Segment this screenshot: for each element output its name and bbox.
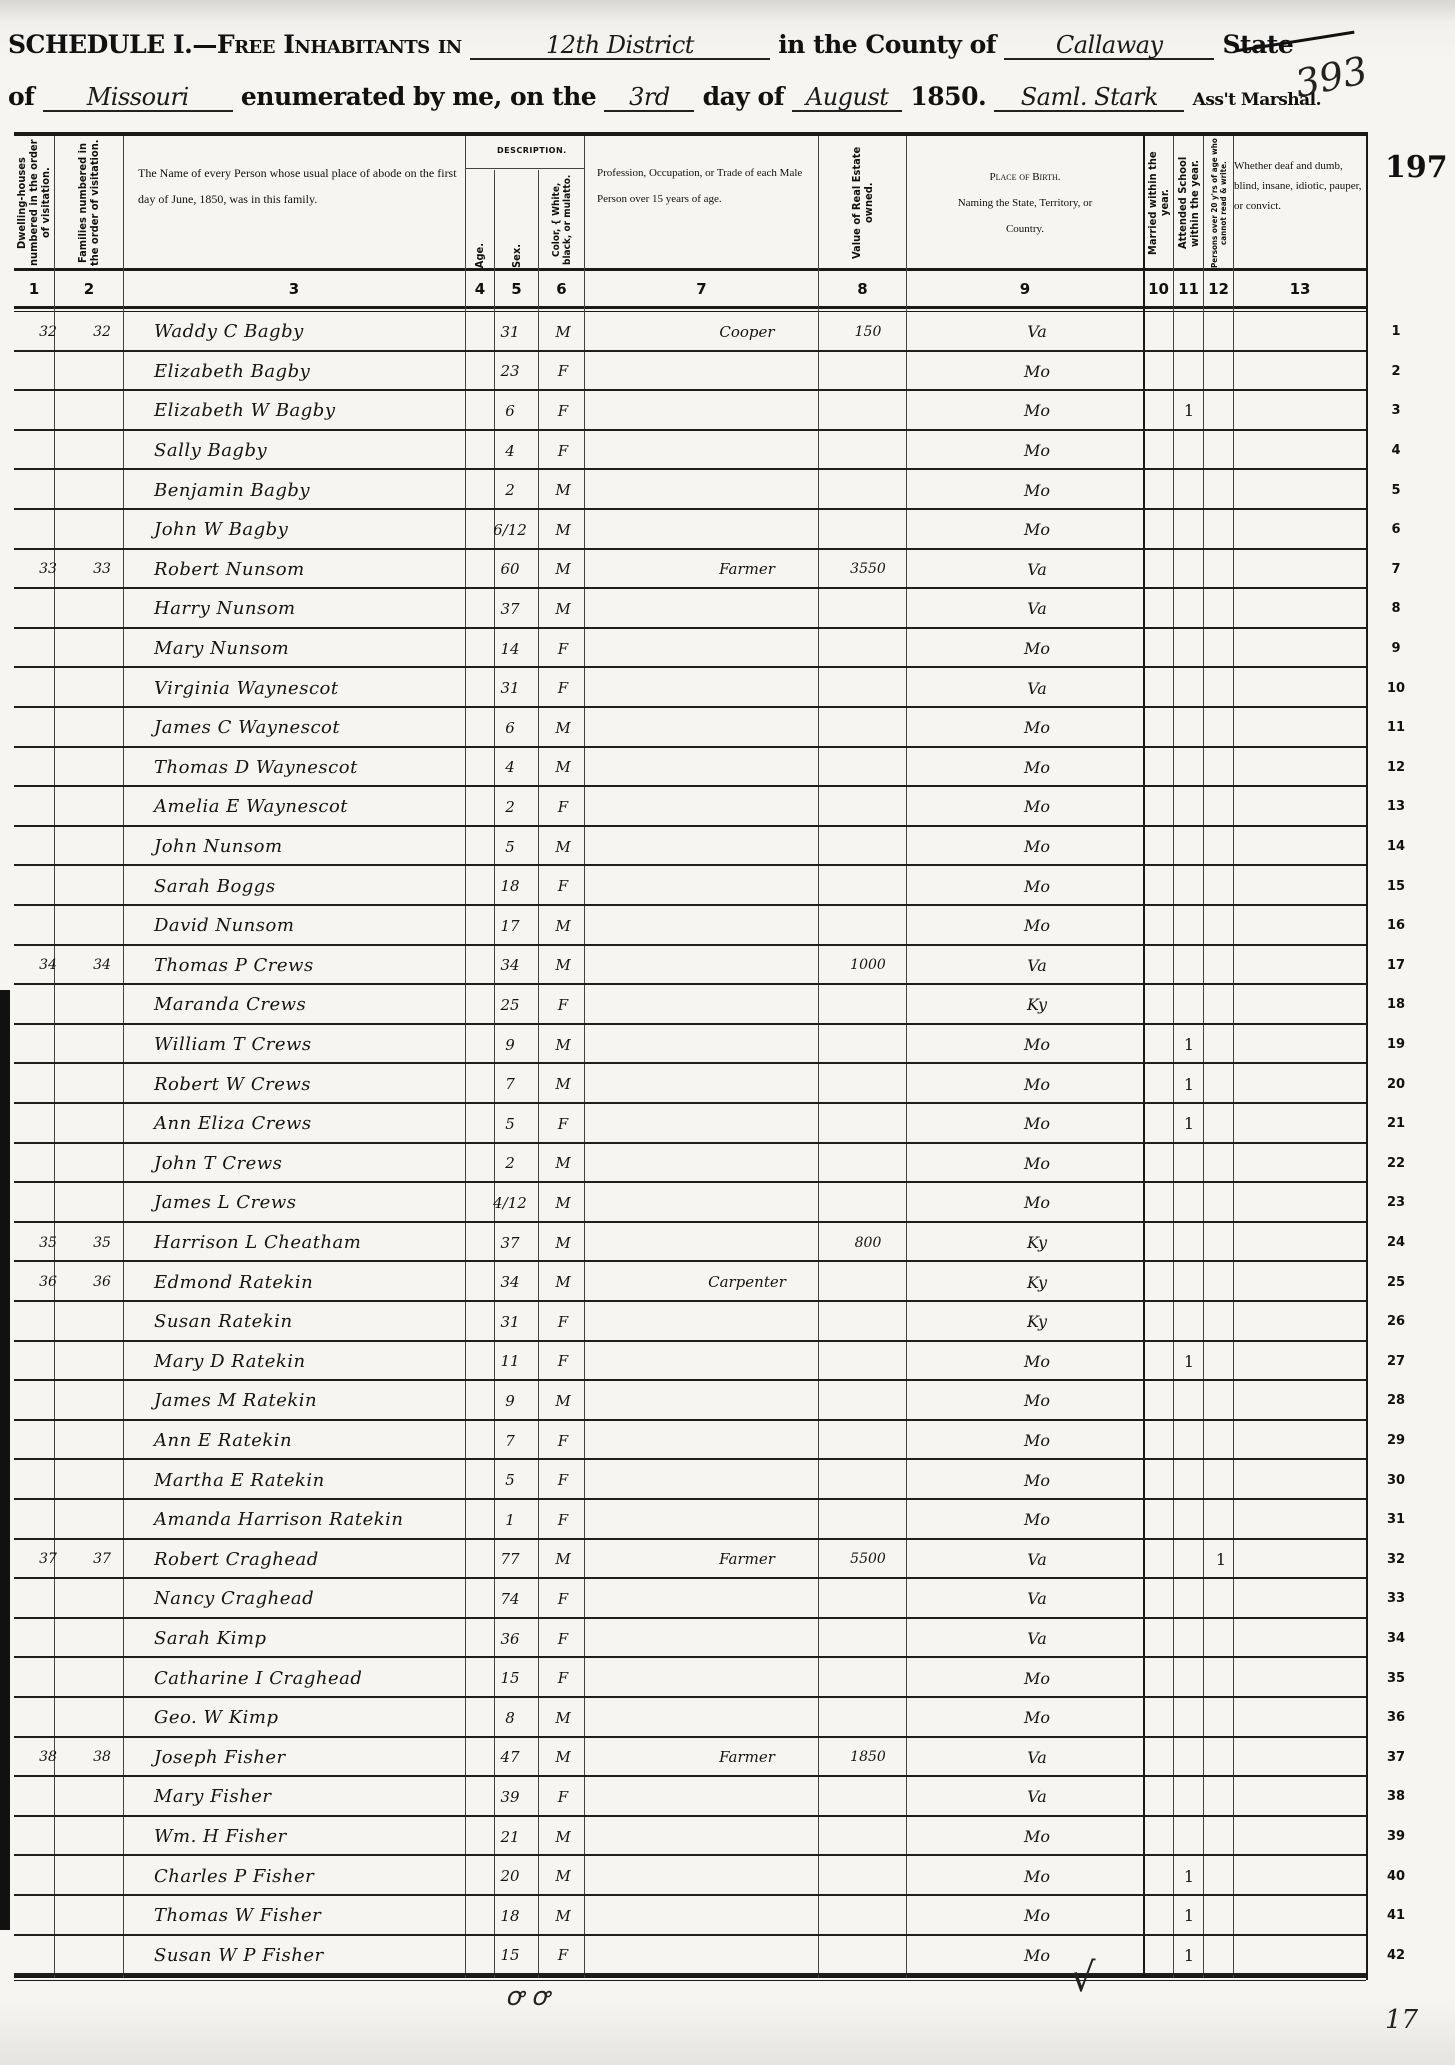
age-value: 5 xyxy=(484,1460,536,1500)
dwelling-number xyxy=(26,431,70,471)
age-value: 15 xyxy=(484,1936,536,1976)
birthplace-value: Mo xyxy=(912,470,1162,510)
family-number xyxy=(72,1856,132,1896)
illiterate-mark xyxy=(1206,1777,1236,1817)
sex-value: F xyxy=(538,668,588,708)
sex-value: M xyxy=(538,1856,588,1896)
birthplace-value: Mo xyxy=(912,1144,1162,1184)
family-number: 34 xyxy=(72,946,132,986)
dwelling-number xyxy=(26,391,70,431)
family-number xyxy=(72,787,132,827)
age-value: 31 xyxy=(484,1302,536,1342)
school-mark xyxy=(1174,1579,1204,1619)
age-value: 74 xyxy=(484,1579,536,1619)
birthplace-value: Va xyxy=(912,589,1162,629)
line-number: 41 xyxy=(1376,1896,1416,1936)
illiterate-mark xyxy=(1206,1460,1236,1500)
birthplace-value: Mo xyxy=(912,708,1162,748)
column-number: 1 xyxy=(14,272,54,306)
age-value: 7 xyxy=(484,1064,536,1104)
illiterate-mark xyxy=(1206,510,1236,550)
line-number: 26 xyxy=(1376,1302,1416,1342)
family-number: 36 xyxy=(72,1262,132,1302)
birthplace-value: Va xyxy=(912,1777,1162,1817)
dwelling-number xyxy=(26,1064,70,1104)
birthplace-title: Place of Birth. xyxy=(989,164,1060,190)
school-mark: 1 xyxy=(1174,1025,1204,1065)
sex-value: F xyxy=(538,1460,588,1500)
marshal-field: Saml. Stark xyxy=(994,84,1184,112)
real-estate-value xyxy=(826,1104,910,1144)
header-family: Families numbered in the order of visita… xyxy=(55,138,123,268)
sex-value: F xyxy=(538,1421,588,1461)
census-page: SCHEDULE I.—Free Inhabitants in 12th Dis… xyxy=(0,0,1455,2065)
table-row: 3838Joseph Fisher47MFarmer1850Va37 xyxy=(14,1738,1366,1778)
line-number: 6 xyxy=(1376,510,1416,550)
dwelling-number xyxy=(26,1817,70,1857)
age-value: 31 xyxy=(484,668,536,708)
line-number: 21 xyxy=(1376,1104,1416,1144)
birthplace-value: Mo xyxy=(912,629,1162,669)
school-mark xyxy=(1174,431,1204,471)
age-value: 8 xyxy=(484,1698,536,1738)
header-sex: Sex. xyxy=(495,172,538,268)
real-estate-value: 1850 xyxy=(826,1738,910,1778)
real-estate-value xyxy=(826,352,910,392)
illiterate-mark xyxy=(1206,1223,1236,1263)
age-value: 39 xyxy=(484,1777,536,1817)
title-line-2: of Missouri enumerated by me, on the 3rd… xyxy=(8,82,1321,112)
real-estate-value xyxy=(826,1421,910,1461)
birthplace-value: Mo xyxy=(912,1817,1162,1857)
real-estate-value: 5500 xyxy=(826,1540,910,1580)
table-row: 3737Robert Craghead77MFarmer5500Va132 xyxy=(14,1540,1366,1580)
family-number: 35 xyxy=(72,1223,132,1263)
table-row: 3333Robert Nunsom60MFarmer3550Va7 xyxy=(14,550,1366,590)
school-mark xyxy=(1174,470,1204,510)
illiterate-mark xyxy=(1206,946,1236,986)
table-row: Elizabeth W Bagby6FMo13 xyxy=(14,391,1366,431)
real-estate-value xyxy=(826,1500,910,1540)
line-number: 29 xyxy=(1376,1421,1416,1461)
month-field: August xyxy=(792,84,902,112)
real-estate-value xyxy=(826,1579,910,1619)
table-row: Nancy Craghead74FVa33 xyxy=(14,1579,1366,1619)
family-number: 32 xyxy=(72,312,132,352)
birthplace-value: Mo xyxy=(912,1856,1162,1896)
birthplace-value: Mo xyxy=(912,827,1162,867)
table-row: James M Ratekin9MMo28 xyxy=(14,1381,1366,1421)
age-value: 15 xyxy=(484,1658,536,1698)
sex-value: M xyxy=(538,946,588,986)
column-number: 3 xyxy=(124,272,464,306)
line-number: 16 xyxy=(1376,906,1416,946)
sex-value: M xyxy=(538,312,588,352)
header-deaf: Whether deaf and dumb, blind, insane, id… xyxy=(1234,138,1364,268)
illiterate-mark xyxy=(1206,391,1236,431)
dwelling-number xyxy=(26,1896,70,1936)
age-value: 5 xyxy=(484,827,536,867)
age-value: 17 xyxy=(484,906,536,946)
line-number: 13 xyxy=(1376,787,1416,827)
dwelling-number xyxy=(26,866,70,906)
dwelling-number xyxy=(26,1183,70,1223)
header-married: Married within the year. xyxy=(1144,138,1173,268)
dwelling-number xyxy=(26,1302,70,1342)
sex-value: F xyxy=(538,352,588,392)
header-age: Age. xyxy=(466,172,494,268)
dwelling-number xyxy=(26,1856,70,1896)
real-estate-value xyxy=(826,1025,910,1065)
sex-value: F xyxy=(538,629,588,669)
header-bottom-rule xyxy=(14,268,1366,271)
family-number xyxy=(72,668,132,708)
family-number xyxy=(72,352,132,392)
family-number: 38 xyxy=(72,1738,132,1778)
birthplace-value: Mo xyxy=(912,1460,1162,1500)
age-value: 18 xyxy=(484,1896,536,1936)
illiterate-mark xyxy=(1206,352,1236,392)
age-value: 36 xyxy=(484,1619,536,1659)
table-row: 3232Waddy C Bagby31MCooper150Va1 xyxy=(14,312,1366,352)
school-mark: 1 xyxy=(1174,1104,1204,1144)
illiterate-mark xyxy=(1206,589,1236,629)
age-value: 20 xyxy=(484,1856,536,1896)
school-mark: 1 xyxy=(1174,1064,1204,1104)
column-number: 7 xyxy=(585,272,818,306)
dwelling-number xyxy=(26,1460,70,1500)
family-number xyxy=(72,1025,132,1065)
line-number: 2 xyxy=(1376,352,1416,392)
real-estate-value xyxy=(826,589,910,629)
line-number: 4 xyxy=(1376,431,1416,471)
birthplace-value: Mo xyxy=(912,1896,1162,1936)
family-number xyxy=(72,748,132,788)
column-number: 4 xyxy=(466,272,494,306)
illiterate-mark xyxy=(1206,1064,1236,1104)
real-estate-value xyxy=(826,629,910,669)
real-estate-value xyxy=(826,1183,910,1223)
illiterate-mark xyxy=(1206,1421,1236,1461)
illiterate-mark xyxy=(1206,1342,1236,1382)
real-estate-value xyxy=(826,1342,910,1382)
sex-value: M xyxy=(538,510,588,550)
birthplace-value: Ky xyxy=(912,1262,1162,1302)
sex-value: M xyxy=(538,1064,588,1104)
school-mark xyxy=(1174,748,1204,788)
line-number: 19 xyxy=(1376,1025,1416,1065)
school-mark xyxy=(1174,1302,1204,1342)
table-row: Geo. W Kimp8MMo36 xyxy=(14,1698,1366,1738)
birthplace-value: Mo xyxy=(912,510,1162,550)
table-row: Robert W Crews7MMo120 xyxy=(14,1064,1366,1104)
school-mark xyxy=(1174,866,1204,906)
sex-value: M xyxy=(538,1144,588,1184)
line-number: 37 xyxy=(1376,1738,1416,1778)
dwelling-number xyxy=(26,906,70,946)
school-mark xyxy=(1174,1738,1204,1778)
dwelling-number: 36 xyxy=(26,1262,70,1302)
family-number xyxy=(72,431,132,471)
illiterate-mark xyxy=(1206,1262,1236,1302)
line-number: 25 xyxy=(1376,1262,1416,1302)
school-mark: 1 xyxy=(1174,1936,1204,1976)
real-estate-value xyxy=(826,1144,910,1184)
table-row: Mary Fisher39FVa38 xyxy=(14,1777,1366,1817)
sex-value: M xyxy=(538,1698,588,1738)
day-field: 3rd xyxy=(604,84,694,112)
sheet-number: 197 xyxy=(1385,150,1448,185)
dwelling-number xyxy=(26,1421,70,1461)
dwelling-number: 35 xyxy=(26,1223,70,1263)
table-row: James L Crews4/12MMo23 xyxy=(14,1183,1366,1223)
school-mark xyxy=(1174,1381,1204,1421)
dwelling-number: 34 xyxy=(26,946,70,986)
real-estate-value xyxy=(826,1262,910,1302)
table-row: Mary D Ratekin11FMo127 xyxy=(14,1342,1366,1382)
dwelling-number xyxy=(26,787,70,827)
sex-value: M xyxy=(538,470,588,510)
family-number xyxy=(72,1896,132,1936)
illiterate-mark xyxy=(1206,827,1236,867)
school-mark xyxy=(1174,629,1204,669)
family-number xyxy=(72,1698,132,1738)
age-value: 2 xyxy=(484,470,536,510)
line-number: 27 xyxy=(1376,1342,1416,1382)
family-number xyxy=(72,1342,132,1382)
sex-value: F xyxy=(538,1658,588,1698)
line-number: 32 xyxy=(1376,1540,1416,1580)
age-value: 9 xyxy=(484,1381,536,1421)
age-value: 34 xyxy=(484,1262,536,1302)
age-value: 31 xyxy=(484,312,536,352)
family-number xyxy=(72,391,132,431)
illiterate-mark xyxy=(1206,1738,1236,1778)
age-value: 4 xyxy=(484,431,536,471)
school-mark xyxy=(1174,1183,1204,1223)
illiterate-mark xyxy=(1206,1619,1236,1659)
birthplace-value: Va xyxy=(912,1579,1162,1619)
line-number: 42 xyxy=(1376,1936,1416,1976)
real-estate-value: 800 xyxy=(826,1223,910,1263)
school-mark xyxy=(1174,1460,1204,1500)
real-estate-value xyxy=(826,748,910,788)
table-row: Catharine I Craghead15FMo35 xyxy=(14,1658,1366,1698)
age-value: 6 xyxy=(484,391,536,431)
sex-value: M xyxy=(538,748,588,788)
family-number xyxy=(72,985,132,1025)
age-value: 21 xyxy=(484,1817,536,1857)
family-number xyxy=(72,1500,132,1540)
line-number: 40 xyxy=(1376,1856,1416,1896)
table-row: John T Crews2MMo22 xyxy=(14,1144,1366,1184)
real-estate-value xyxy=(826,1777,910,1817)
family-number xyxy=(72,708,132,748)
column-number: 12 xyxy=(1204,272,1233,306)
birthplace-value: Mo xyxy=(912,866,1162,906)
corner-note: 17 xyxy=(1385,2005,1418,2035)
table-row: Thomas W Fisher18MMo141 xyxy=(14,1896,1366,1936)
line-number: 12 xyxy=(1376,748,1416,788)
table-row: James C Waynescot6MMo11 xyxy=(14,708,1366,748)
age-value: 34 xyxy=(484,946,536,986)
table-row: Martha E Ratekin5FMo30 xyxy=(14,1460,1366,1500)
real-estate-value xyxy=(826,1658,910,1698)
dwelling-number xyxy=(26,748,70,788)
school-mark xyxy=(1174,668,1204,708)
age-value: 23 xyxy=(484,352,536,392)
family-number xyxy=(72,629,132,669)
column-number: 11 xyxy=(1174,272,1203,306)
family-number: 37 xyxy=(72,1540,132,1580)
family-number xyxy=(72,1144,132,1184)
illiterate-mark xyxy=(1206,906,1236,946)
school-mark xyxy=(1174,1500,1204,1540)
family-number xyxy=(72,589,132,629)
real-estate-value xyxy=(826,1817,910,1857)
real-estate-value: 1000 xyxy=(826,946,910,986)
table-row: John W Bagby6/12MMo6 xyxy=(14,510,1366,550)
table-row: Virginia Waynescot31FVa10 xyxy=(14,668,1366,708)
table-row: Amelia E Waynescot2FMo13 xyxy=(14,787,1366,827)
family-number xyxy=(72,1936,132,1976)
real-estate-value xyxy=(826,708,910,748)
real-estate-value: 150 xyxy=(826,312,910,352)
family-number xyxy=(72,470,132,510)
age-value: 7 xyxy=(484,1421,536,1461)
illiterate-mark xyxy=(1206,1856,1236,1896)
birthplace-value: Mo xyxy=(912,906,1162,946)
school-mark xyxy=(1174,1262,1204,1302)
illiterate-mark xyxy=(1206,470,1236,510)
illiterate-mark xyxy=(1206,1025,1236,1065)
family-number xyxy=(72,866,132,906)
family-number xyxy=(72,1421,132,1461)
description-underline xyxy=(465,168,584,169)
line-number: 10 xyxy=(1376,668,1416,708)
illiterate-mark xyxy=(1206,1936,1236,1976)
real-estate-value: 3550 xyxy=(826,550,910,590)
title-line-1: SCHEDULE I.—Free Inhabitants in 12th Dis… xyxy=(8,30,1293,60)
enumerated-label: enumerated by me, on the xyxy=(241,82,596,111)
of-label: of xyxy=(8,82,34,111)
table-row: John Nunsom5MMo14 xyxy=(14,827,1366,867)
birthplace-value: Mo xyxy=(912,431,1162,471)
table-row: Elizabeth Bagby23FMo2 xyxy=(14,352,1366,392)
dwelling-number: 32 xyxy=(26,312,70,352)
family-number xyxy=(72,1183,132,1223)
school-mark xyxy=(1174,312,1204,352)
school-mark xyxy=(1174,1817,1204,1857)
line-number: 22 xyxy=(1376,1144,1416,1184)
sex-value: F xyxy=(538,1342,588,1382)
dwelling-number xyxy=(26,1658,70,1698)
table-row: Sarah Boggs18FMo15 xyxy=(14,866,1366,906)
dwelling-number xyxy=(26,1936,70,1976)
sex-value: F xyxy=(538,985,588,1025)
age-value: 6/12 xyxy=(484,510,536,550)
line-number: 28 xyxy=(1376,1381,1416,1421)
line-number: 9 xyxy=(1376,629,1416,669)
dwelling-number xyxy=(26,1500,70,1540)
line-number: 20 xyxy=(1376,1064,1416,1104)
dwelling-number xyxy=(26,1619,70,1659)
sex-value: F xyxy=(538,1936,588,1976)
schedule-label: SCHEDULE I.—Free Inhabitants in xyxy=(8,30,462,59)
illiterate-mark xyxy=(1206,668,1236,708)
table-row: David Nunsom17MMo16 xyxy=(14,906,1366,946)
dwelling-number xyxy=(26,668,70,708)
table-row: 3535Harrison L Cheatham37M800Ky24 xyxy=(14,1223,1366,1263)
birthplace-value: Mo xyxy=(912,391,1162,431)
birthplace-value: Ky xyxy=(912,1223,1162,1263)
line-number: 39 xyxy=(1376,1817,1416,1857)
sex-value: F xyxy=(538,431,588,471)
real-estate-value xyxy=(826,985,910,1025)
age-value: 2 xyxy=(484,1144,536,1184)
sex-value: M xyxy=(538,906,588,946)
age-value: 60 xyxy=(484,550,536,590)
sex-value: F xyxy=(538,1500,588,1540)
line-number: 33 xyxy=(1376,1579,1416,1619)
birthplace-value: Mo xyxy=(912,1064,1162,1104)
line-number: 11 xyxy=(1376,708,1416,748)
table-bottom-rule xyxy=(14,1975,1366,1981)
table-row: 3434Thomas P Crews34M1000Va17 xyxy=(14,946,1366,986)
year-label: 1850. xyxy=(910,82,986,111)
real-estate-value xyxy=(826,470,910,510)
real-estate-value xyxy=(826,1381,910,1421)
state-field: Missouri xyxy=(43,84,233,112)
age-value: 37 xyxy=(484,1223,536,1263)
dwelling-number xyxy=(26,1698,70,1738)
school-mark xyxy=(1174,1421,1204,1461)
real-estate-value xyxy=(826,510,910,550)
row-rule xyxy=(14,1973,1366,1975)
school-mark xyxy=(1174,708,1204,748)
column-number: 10 xyxy=(1144,272,1173,306)
sex-value: M xyxy=(538,827,588,867)
line-number: 30 xyxy=(1376,1460,1416,1500)
birthplace-value: Va xyxy=(912,1619,1162,1659)
header-school: Attended School within the year. xyxy=(1174,138,1203,268)
family-number xyxy=(72,1817,132,1857)
real-estate-value xyxy=(826,827,910,867)
family-number xyxy=(72,827,132,867)
table-row: Wm. H Fisher21MMo39 xyxy=(14,1817,1366,1857)
table-row: Benjamin Bagby2MMo5 xyxy=(14,470,1366,510)
dwelling-number xyxy=(26,1342,70,1382)
family-number xyxy=(72,1104,132,1144)
sex-value: M xyxy=(538,550,588,590)
line-number: 34 xyxy=(1376,1619,1416,1659)
family-number xyxy=(72,1064,132,1104)
age-value: 25 xyxy=(484,985,536,1025)
illiterate-mark xyxy=(1206,866,1236,906)
table-row: Sarah Kimp36FVa34 xyxy=(14,1619,1366,1659)
line-number: 35 xyxy=(1376,1658,1416,1698)
family-number xyxy=(72,906,132,946)
check-mark: √ xyxy=(1070,1955,1096,2001)
dwelling-number xyxy=(26,1104,70,1144)
birthplace-value: Mo xyxy=(912,1025,1162,1065)
line-number: 24 xyxy=(1376,1223,1416,1263)
dwelling-number xyxy=(26,629,70,669)
real-estate-value xyxy=(826,787,910,827)
illiterate-mark xyxy=(1206,431,1236,471)
dwelling-number xyxy=(26,985,70,1025)
family-number xyxy=(72,1777,132,1817)
